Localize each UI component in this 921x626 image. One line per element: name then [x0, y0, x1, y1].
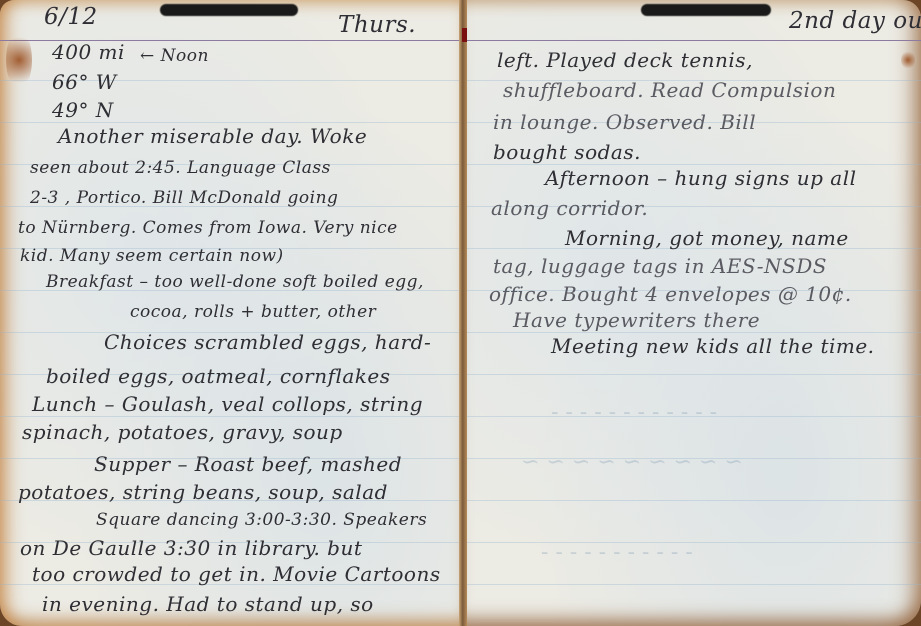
- entry-line: bought sodas.: [493, 140, 641, 164]
- book-spine-gutter: [459, 0, 467, 626]
- entry-line: kid. Many seem certain now): [20, 246, 284, 266]
- entry-line: spinach, potatoes, gravy, soup: [22, 420, 343, 444]
- right-page: - - - - - - - - - - - - ~ ~ ~ ~ ~ ~ ~ ~ …: [461, 0, 921, 626]
- entry-date: 6/12: [44, 4, 98, 30]
- bleed-through-text: - - - - - - - - - - -: [541, 540, 693, 565]
- entry-line: in lounge. Observed. Bill: [493, 110, 756, 134]
- bleed-through-text: - - - - - - - - - - - -: [551, 400, 717, 425]
- entry-line: Meeting new kids all the time.: [551, 334, 875, 358]
- entry-line: seen about 2:45. Language Class: [30, 158, 331, 178]
- longitude-note: 66° W: [52, 70, 117, 94]
- entry-line: potatoes, string beans, soup, salad: [18, 480, 388, 504]
- entry-line: left. Played deck tennis,: [497, 48, 753, 72]
- entry-line: Another miserable day. Woke: [58, 124, 367, 148]
- entry-line: too crowded to get in. Movie Cartoons: [32, 562, 441, 586]
- entry-line: tag, luggage tags in AES-NSDS: [493, 254, 827, 278]
- entry-line: to Nürnberg. Comes from Iowa. Very nice: [18, 218, 398, 238]
- entry-line: boiled eggs, oatmeal, cornflakes: [46, 364, 391, 388]
- struck-month-label: [160, 4, 298, 16]
- entry-line: Breakfast – too well-done soft boiled eg…: [46, 272, 424, 292]
- entry-line: along corridor.: [491, 196, 648, 220]
- entry-line: shuffleboard. Read Compulsion: [503, 78, 836, 102]
- struck-month-label: [641, 4, 771, 16]
- entry-weekday: Thurs.: [338, 12, 416, 38]
- entry-line: cocoa, rolls + butter, other: [130, 302, 376, 322]
- diary-spread: 6/12 Thurs. 400 mi ← Noon 66° W 49° N An…: [0, 0, 921, 626]
- entry-line: Supper – Roast beef, mashed: [94, 452, 402, 476]
- entry-line: Morning, got money, name: [565, 226, 849, 250]
- distance-note: 400 mi: [52, 40, 125, 64]
- bleed-through-text: ~ ~ ~ ~ ~ ~ ~ ~ ~: [521, 450, 743, 475]
- entry-line: in evening. Had to stand up, so: [42, 592, 374, 616]
- header-rule: [461, 40, 921, 41]
- left-page: 6/12 Thurs. 400 mi ← Noon 66° W 49° N An…: [0, 0, 461, 626]
- age-stain: [901, 50, 915, 70]
- entry-line: office. Bought 4 envelopes @ 10¢.: [489, 282, 852, 306]
- page-heading: 2nd day out: [789, 8, 921, 34]
- age-stain: [6, 30, 32, 90]
- entry-line: Have typewriters there: [513, 308, 760, 332]
- entry-line: Lunch – Goulash, veal collops, string: [32, 392, 423, 416]
- spine-stain: [462, 28, 467, 42]
- entry-line: Afternoon – hung signs up all: [545, 166, 857, 190]
- latitude-note: 49° N: [52, 98, 114, 122]
- entry-line: Choices scrambled eggs, hard-: [104, 330, 431, 354]
- noon-arrow-note: ← Noon: [140, 46, 209, 66]
- entry-line: 2-3 , Portico. Bill McDonald going: [30, 188, 338, 208]
- entry-line: Square dancing 3:00-3:30. Speakers: [96, 510, 427, 530]
- entry-line: on De Gaulle 3:30 in library. but: [20, 536, 362, 560]
